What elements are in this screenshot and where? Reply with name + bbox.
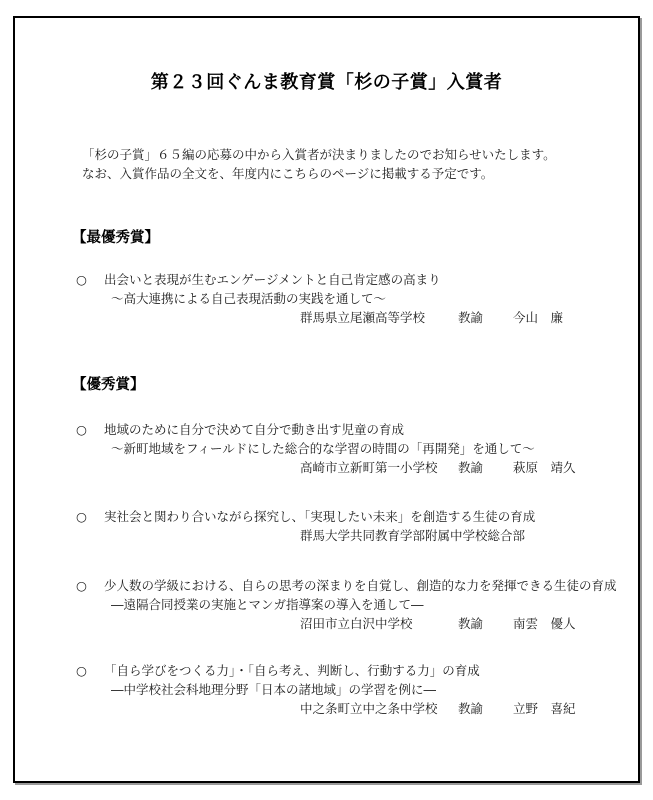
entry-role: 教諭 <box>458 458 483 477</box>
section-heading-grand-prize: 【最優秀賞】 <box>15 228 638 248</box>
award-entry: ○ 地域のために自分で決めて自分で動き出す児童の育成 ～新町地域をフィールドにし… <box>15 420 638 477</box>
entry-school: 中之条町立中之条中学校 <box>300 699 438 718</box>
entry-role: 教諭 <box>458 308 483 327</box>
entry-name: 今山 廉 <box>513 308 563 327</box>
entry-name: 萩原 靖久 <box>513 458 576 477</box>
entry-subtitle: ―中学校社会科地理分野「日本の諸地域」の学習を例に― <box>104 680 638 699</box>
intro-line-1: 「杉の子賞」６５編の応募の中から入賞者が決まりましたのでお知らせいたします。 <box>82 145 638 164</box>
award-entry: ○ 出会いと表現が生むエンゲージメントと自己肯定感の高まり ～高大連携による自己… <box>15 270 638 327</box>
entry-school: 群馬県立尾瀬高等学校 <box>300 308 425 327</box>
intro-line-2: なお、入賞作品の全文を、年度内にこちらのページに掲載する予定です。 <box>82 164 638 183</box>
entry-school: 沼田市立白沢中学校 <box>300 614 413 633</box>
entry-title: 「自ら学びをつくる力」・「自ら考え、判断し、行動する力」の育成 <box>104 661 638 680</box>
entry-subtitle: ―遠隔合同授業の実施とマンガ指導案の導入を通して― <box>104 595 638 614</box>
entry-subtitle: ～高大連携による自己表現活動の実践を通して～ <box>104 289 638 308</box>
circle-bullet: ○ <box>76 507 104 545</box>
intro-paragraph: 「杉の子賞」６５編の応募の中から入賞者が決まりましたのでお知らせいたします。 な… <box>15 145 638 183</box>
circle-bullet: ○ <box>76 661 104 718</box>
entry-name: 立野 喜紀 <box>513 699 576 718</box>
entry-role: 教諭 <box>458 614 483 633</box>
entry-credit-line: 群馬大学共同教育学部附属中学校総合部 <box>104 526 638 545</box>
entry-role: 教諭 <box>458 699 483 718</box>
award-entry: ○ 少人数の学級における、自らの思考の深まりを自覚し、創造的な力を発揮できる生徒… <box>15 576 638 633</box>
entry-credit-line: 沼田市立白沢中学校 教諭 南雲 優人 <box>104 614 638 633</box>
entry-name: 南雲 優人 <box>513 614 576 633</box>
entry-credit-line: 高崎市立新町第一小学校 教諭 萩原 靖久 <box>104 458 638 477</box>
award-entry: ○ 実社会と関わり合いながら探究し、「実現したい未来」を創造する生徒の育成 群馬… <box>15 507 638 545</box>
entry-subtitle: ～新町地域をフィールドにした総合的な学習の時間の「再開発」を通して～ <box>104 439 638 458</box>
circle-bullet: ○ <box>76 270 104 327</box>
entry-school: 群馬大学共同教育学部附属中学校総合部 <box>300 526 525 545</box>
section-heading-excellence-prize: 【優秀賞】 <box>15 375 638 395</box>
entry-body: 地域のために自分で決めて自分で動き出す児童の育成 ～新町地域をフィールドにした総… <box>104 420 638 477</box>
circle-bullet: ○ <box>76 420 104 477</box>
entry-credit-line: 中之条町立中之条中学校 教諭 立野 喜紀 <box>104 699 638 718</box>
award-document: 第２３回ぐんま教育賞「杉の子賞」入賞者 「杉の子賞」６５編の応募の中から入賞者が… <box>13 16 640 783</box>
entry-title: 少人数の学級における、自らの思考の深まりを自覚し、創造的な力を発揮できる生徒の育… <box>104 576 638 595</box>
entry-title: 実社会と関わり合いながら探究し、「実現したい未来」を創造する生徒の育成 <box>104 507 638 526</box>
page-title: 第２３回ぐんま教育賞「杉の子賞」入賞者 <box>15 70 638 96</box>
entry-body: 「自ら学びをつくる力」・「自ら考え、判断し、行動する力」の育成 ―中学校社会科地… <box>104 661 638 718</box>
entry-school: 高崎市立新町第一小学校 <box>300 458 438 477</box>
entry-body: 出会いと表現が生むエンゲージメントと自己肯定感の高まり ～高大連携による自己表現… <box>104 270 638 327</box>
entry-credit-line: 群馬県立尾瀬高等学校 教諭 今山 廉 <box>104 308 638 327</box>
entry-body: 実社会と関わり合いながら探究し、「実現したい未来」を創造する生徒の育成 群馬大学… <box>104 507 638 545</box>
circle-bullet: ○ <box>76 576 104 633</box>
entry-body: 少人数の学級における、自らの思考の深まりを自覚し、創造的な力を発揮できる生徒の育… <box>104 576 638 633</box>
entry-title: 地域のために自分で決めて自分で動き出す児童の育成 <box>104 420 638 439</box>
entry-title: 出会いと表現が生むエンゲージメントと自己肯定感の高まり <box>104 270 638 289</box>
award-entry: ○ 「自ら学びをつくる力」・「自ら考え、判断し、行動する力」の育成 ―中学校社会… <box>15 661 638 718</box>
